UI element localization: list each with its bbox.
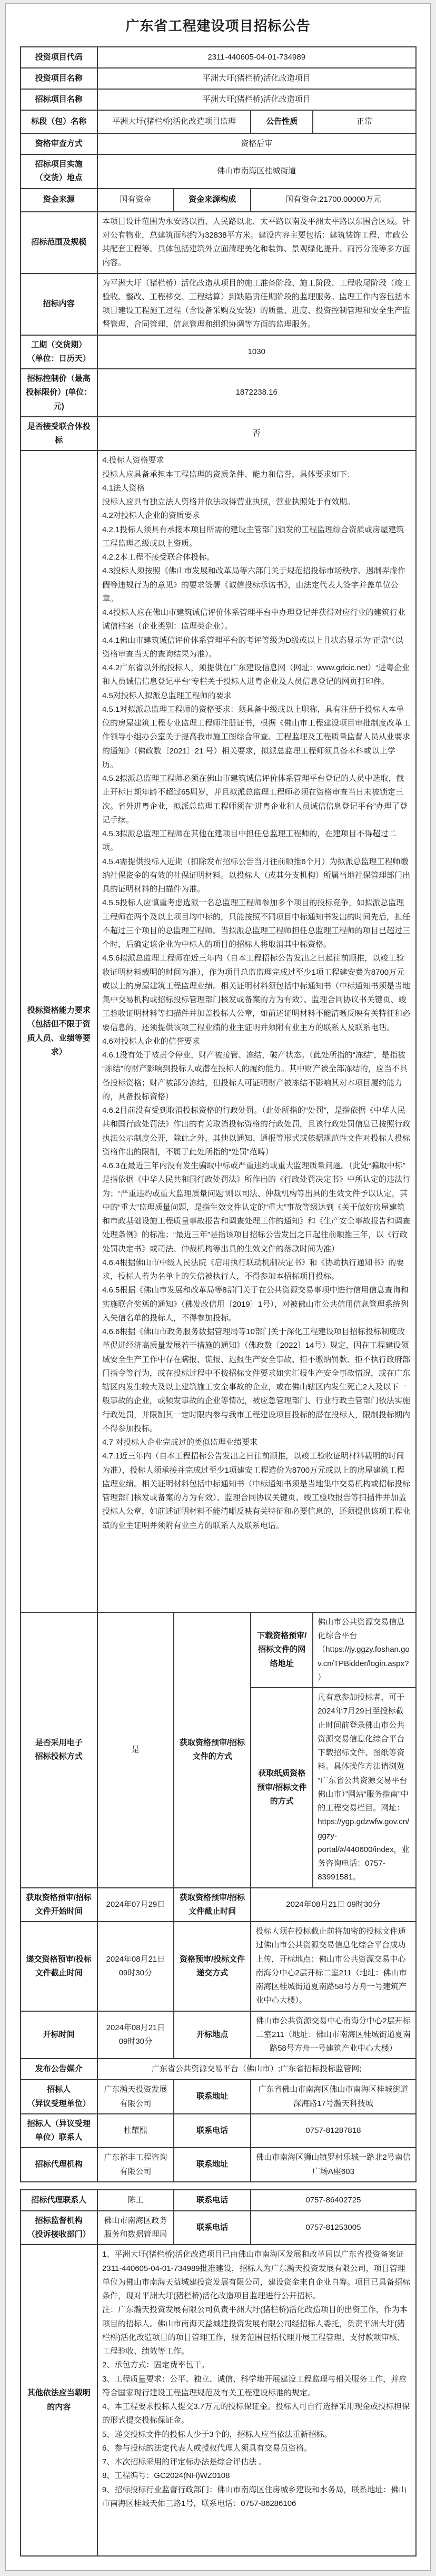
row-opening: 开标时间 2024年08月21日09时30分 开标地点 佛山市公共资源交易中心南… bbox=[21, 2011, 416, 2059]
other-content-value: 1、平洲大圩(猪栏桥)活化改造项目已由佛山市南海区发展和改革局以广东省投资备案证… bbox=[97, 2245, 416, 2556]
row-qualification-requirements: 投标资格能力要求（包括但不限于资质人员、业绩等要求） 4.投标人资格要求 投标人… bbox=[21, 450, 416, 1612]
section-label: 标段（包）名称 bbox=[21, 110, 97, 133]
opening-place-label: 开标地点 bbox=[174, 2011, 251, 2059]
location-value: 佛山市南海区桂城街道 bbox=[97, 154, 416, 189]
agency-label: 招标代理机构 bbox=[21, 2148, 97, 2182]
submit-deadline-value: 2024年08月21日09时30分 bbox=[97, 1922, 174, 2011]
fund-composition-value: 国有资金:21700.00000万元 bbox=[251, 189, 415, 212]
invest-code-label: 投资项目代码 bbox=[21, 47, 97, 68]
row-duration: 工期（交货期） （单位：日历天） 1030 bbox=[21, 335, 416, 369]
agency-contact-label: 招标代理联系人 bbox=[21, 2190, 97, 2211]
page-title: 广东省工程建设项目招标公告 bbox=[6, 15, 430, 35]
paper-docs-value: 凡有意参加投标者，可于2024年7月29日至投标截止时间前登录佛山市公共资源交易… bbox=[313, 1688, 415, 1888]
row-tender-name: 招标项目名称 平洲大圩(猪栏桥)活化改造项目 bbox=[21, 89, 416, 110]
agency-address-value: 佛山市南海区狮山镇罗村乐城一路北2号南信广场A座603 bbox=[251, 2148, 415, 2182]
get-docs-start-label: 获取资格预审/招标文件开始时间 bbox=[21, 1888, 97, 1922]
row-tenderer: 招标人 （异议受理单位） 广东瀚天投资发展有限公司 联系地址 广东省佛山市南海区… bbox=[21, 2080, 416, 2114]
obtain-docs-method-label: 获取资格预审/招标文件的方式 bbox=[174, 1612, 251, 1888]
paper-docs-label: 获取纸质资格预审/招标文件的方式 bbox=[251, 1688, 313, 1888]
row-tenderer-contact: 招标人（异议受理单位）联系人 杜耀熙 联系电话 0757-81287818 bbox=[21, 2114, 416, 2148]
row-submit-deadline: 递交资格预审/投标文件截止时间 2024年08月21日09时30分 资格预审/投… bbox=[21, 1922, 416, 2011]
section-value: 平洲大圩(猪栏桥)活化改造项目监理 bbox=[97, 110, 251, 133]
row-agency: 招标代理机构 广东裕丰工程咨询有限公司 联系地址 佛山市南海区狮山镇罗村乐城一路… bbox=[21, 2148, 416, 2182]
tenderer-address-value: 广东省佛山市南海区佛山市南海区桂城街道深海路17号瀚天科技城 bbox=[251, 2080, 415, 2114]
joint-venture-value: 否 bbox=[97, 417, 416, 451]
tenderer-contact-value: 杜耀熙 bbox=[97, 2114, 174, 2148]
tender-name-value: 平洲大圩(猪栏桥)活化改造项目 bbox=[97, 89, 416, 110]
supervisor-phone-value: 0757-81253005 bbox=[251, 2211, 415, 2245]
ceiling-price-value: 1872238.16 bbox=[97, 369, 416, 417]
qual-method-label: 资格审查方式 bbox=[21, 133, 97, 154]
duration-value: 1030 bbox=[97, 335, 416, 369]
fund-source-value: 国有资金 bbox=[97, 189, 174, 212]
supervisor-label: 招标监督机构 （投诉接收部门） bbox=[21, 2211, 97, 2245]
fund-composition-label: 资金来源构成 bbox=[174, 189, 251, 212]
tenderer-contact-label: 招标人（异议受理单位）联系人 bbox=[21, 2114, 97, 2148]
duration-label: 工期（交货期） （单位：日历天） bbox=[21, 335, 97, 369]
announcement-page: 广东省工程建设项目招标公告 投资项目代码 2311-440605-04-01-7… bbox=[5, 3, 431, 2571]
location-label: 招标项目实施 （交货）地点 bbox=[21, 154, 97, 189]
row-location: 招标项目实施 （交货）地点 佛山市南海区桂城街道 bbox=[21, 154, 416, 189]
supervisor-phone-label: 联系电话 bbox=[174, 2211, 251, 2245]
scope-label: 招标范围及规模 bbox=[21, 212, 97, 273]
row-agency-contact: 招标代理联系人 陈工 联系电话 0757-86402725 bbox=[21, 2190, 416, 2211]
opening-place-value: 佛山市公共资源交易中心南海分中心2层开标二室211（地址：佛山市南海区桂城街道夏… bbox=[251, 2011, 415, 2059]
invest-code-value: 2311-440605-04-01-734989 bbox=[97, 47, 416, 68]
get-docs-start-value: 2024年07月29日 bbox=[97, 1888, 174, 1922]
download-url-value: 佛山市公共资源交易信息化综合平台 （https://jy.ggzy.foshan… bbox=[313, 1612, 415, 1688]
joint-venture-label: 是否接受联合体投标 bbox=[21, 417, 97, 451]
row-supervisor: 招标监督机构 （投诉接收部门） 佛山市南海区政务服务和数据管理局 联系电话 07… bbox=[21, 2211, 416, 2245]
row-get-docs-time: 获取资格预审/招标文件开始时间 2024年07月29日 获取资格预审/招标文件截… bbox=[21, 1888, 416, 1922]
row-section: 标段（包）名称 平洲大圩(猪栏桥)活化改造项目监理 公告性质 正常 bbox=[21, 110, 416, 133]
announcement-table-bottom: 招标代理联系人 陈工 联系电话 0757-86402725 招标监督机构 （投诉… bbox=[20, 2189, 417, 2557]
tenderer-phone-value: 0757-81287818 bbox=[251, 2114, 415, 2148]
notice-nature-label: 公告性质 bbox=[251, 110, 313, 133]
electronic-bidding-value: 是 bbox=[97, 1612, 174, 1888]
invest-name-value: 平洲大圩(猪栏桥)活化改造项目 bbox=[97, 68, 416, 89]
agency-phone-value: 0757-86402725 bbox=[251, 2190, 415, 2211]
submit-method-label: 资格预审/投标文件递交方式 bbox=[174, 1922, 251, 2011]
get-docs-end-value: 2024年08月21日 09时30分 bbox=[251, 1888, 415, 1922]
notice-nature-value: 正常 bbox=[313, 110, 415, 133]
content-value: 为平洲大圩（猪栏桥）活化改造从项目的施工准备阶段、施工阶段、工程收尾阶段（竣工验… bbox=[97, 273, 416, 335]
opening-time-label: 开标时间 bbox=[21, 2011, 97, 2059]
media-value: 广东省公共资源交易平台（佛山市）;广东省招标投标监管网; bbox=[97, 2059, 416, 2080]
row-scope: 招标范围及规模 本项目设计范围为永安路以西、人民路以北、太平路以南及平洲太平路以… bbox=[21, 212, 416, 273]
tenderer-value: 广东瀚天投资发展有限公司 bbox=[97, 2080, 174, 2114]
qual-method-value: 资格后审 bbox=[97, 133, 416, 154]
tenderer-address-label: 联系地址 bbox=[174, 2080, 251, 2114]
invest-name-label: 投资项目名称 bbox=[21, 68, 97, 89]
row-invest-name: 投资项目名称 平洲大圩(猪栏桥)活化改造项目 bbox=[21, 68, 416, 89]
tenderer-phone-label: 联系电话 bbox=[174, 2114, 251, 2148]
agency-contact-value: 陈工 bbox=[97, 2190, 174, 2211]
row-qual-method: 资格审查方式 资格后审 bbox=[21, 133, 416, 154]
row-content: 招标内容 为平洲大圩（猪栏桥）活化改造从项目的施工准备阶段、施工阶段、工程收尾阶… bbox=[21, 273, 416, 335]
tender-name-label: 招标项目名称 bbox=[21, 89, 97, 110]
row-electronic-bidding: 是否采用电子 招标投标方式 是 获取资格预审/招标文件的方式 下载资格预审/招标… bbox=[21, 1612, 416, 1688]
opening-time-value: 2024年08月21日09时30分 bbox=[97, 2011, 174, 2059]
agency-value: 广东裕丰工程咨询有限公司 bbox=[97, 2148, 174, 2182]
qual-req-value: 4.投标人资格要求 投标人应具备承担本工程监理的资质条件、能力和信誉，具体要求如… bbox=[97, 450, 416, 1612]
row-invest-code: 投资项目代码 2311-440605-04-01-734989 bbox=[21, 47, 416, 68]
row-joint-venture: 是否接受联合体投标 否 bbox=[21, 417, 416, 451]
qual-req-label: 投标资格能力要求（包括但不限于资质人员、业绩等要求） bbox=[21, 450, 97, 1612]
ceiling-price-label: 招标控制价（最高投标限价）(单位：元) bbox=[21, 369, 97, 417]
announcement-table-main: 投资项目代码 2311-440605-04-01-734989 投资项目名称 平… bbox=[20, 46, 417, 2182]
electronic-bidding-label: 是否采用电子 招标投标方式 bbox=[21, 1612, 97, 1888]
agency-phone-label: 联系电话 bbox=[174, 2190, 251, 2211]
row-fund: 资金来源 国有资金 资金来源构成 国有资金:21700.00000万元 bbox=[21, 189, 416, 212]
download-url-label: 下载资格预审/招标文件的网络地址 bbox=[251, 1612, 313, 1688]
submit-deadline-label: 递交资格预审/投标文件截止时间 bbox=[21, 1922, 97, 2011]
supervisor-value: 佛山市南海区政务服务和数据管理局 bbox=[97, 2211, 174, 2245]
media-label: 发布公告媒介 bbox=[21, 2059, 97, 2080]
row-ceiling-price: 招标控制价（最高投标限价）(单位：元) 1872238.16 bbox=[21, 369, 416, 417]
fund-source-label: 资金来源 bbox=[21, 189, 97, 212]
content-label: 招标内容 bbox=[21, 273, 97, 335]
scope-value: 本项目设计范围为永安路以西、人民路以北、太平路以南及平洲太平路以东围合区域。针对… bbox=[97, 212, 416, 273]
submit-method-value: 投标人须在投标截止前将加密的投标文件通过佛山市公共资源交易信息化综合平台成功上传… bbox=[251, 1922, 415, 2011]
tenderer-label: 招标人 （异议受理单位） bbox=[21, 2080, 97, 2114]
get-docs-end-label: 获取资格预审/招标文件截止时间 bbox=[174, 1888, 251, 1922]
row-media: 发布公告媒介 广东省公共资源交易平台（佛山市）;广东省招标投标监管网; bbox=[21, 2059, 416, 2080]
row-other-content: 其他依法应当载明 的内容 1、平洲大圩(猪栏桥)活化改造项目已由佛山市南海区发展… bbox=[21, 2245, 416, 2556]
other-content-label: 其他依法应当载明 的内容 bbox=[21, 2245, 97, 2556]
agency-address-label: 联系地址 bbox=[174, 2148, 251, 2182]
